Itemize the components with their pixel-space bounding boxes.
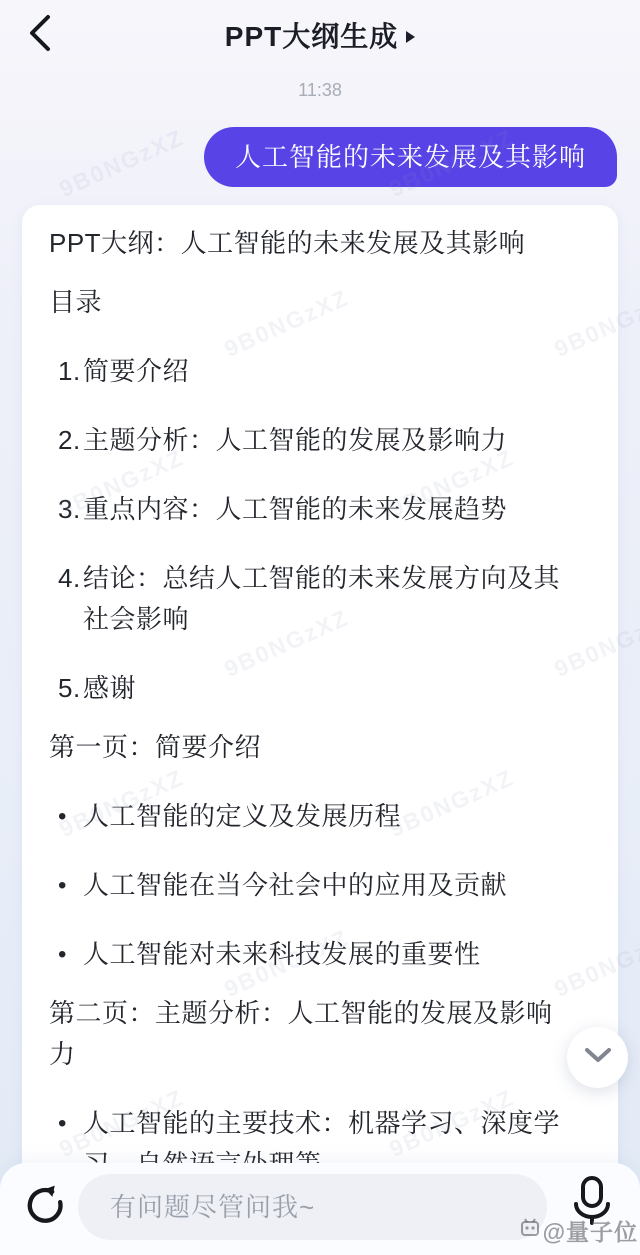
bullet-dot-icon: • (58, 934, 83, 975)
chat-screen: PPT大纲生成 11:38 人工智能的未来发展及其影响 PPT大纲：人工智能的未… (0, 0, 640, 1255)
page-title: PPT大纲生成 (225, 15, 398, 55)
microphone-icon (569, 1174, 615, 1233)
card-numbered-item: 4.结论：总结人工智能的未来发展方向及其 社会影响 (58, 558, 570, 640)
regenerate-button[interactable] (19, 1181, 71, 1233)
bullet-dot-icon: • (58, 865, 83, 906)
card-item-text: 简要介绍 (83, 351, 570, 392)
card-bullet-item: •人工智能对未来科技发展的重要性 (58, 934, 570, 975)
card-numbered-item: 5.感谢 (58, 668, 570, 709)
card-paragraph: 目录 (49, 282, 570, 323)
watermark-text: 9B0NGzXZ (55, 124, 188, 203)
scroll-to-bottom-button[interactable] (567, 1027, 628, 1088)
user-message-bubble: 人工智能的未来发展及其影响 (204, 127, 617, 187)
bullet-dot-icon: • (58, 796, 83, 837)
refresh-icon (22, 1182, 68, 1233)
message-input-pill[interactable] (78, 1174, 547, 1240)
card-item-text: 人工智能对未来科技发展的重要性 (83, 934, 570, 975)
card-numbered-item: 2.主题分析：人工智能的发展及影响力 (58, 420, 570, 461)
card-bullet-item: •人工智能的定义及发展历程 (58, 796, 570, 837)
card-item-text: 结论：总结人工智能的未来发展方向及其 社会影响 (83, 558, 570, 640)
card-paragraph: PPT大纲：人工智能的未来发展及其影响 (49, 223, 570, 264)
message-input[interactable] (108, 1191, 517, 1224)
item-number: 5. (58, 668, 83, 709)
card-item-text: 人工智能的定义及发展历程 (83, 796, 570, 837)
card-bullet-item: •人工智能在当今社会中的应用及贡献 (58, 865, 570, 906)
chevron-left-icon (26, 13, 52, 58)
card-paragraph: 第一页：简要介绍 (49, 727, 570, 768)
card-numbered-item: 1.简要介绍 (58, 351, 570, 392)
voice-input-button[interactable] (562, 1171, 622, 1235)
item-number: 2. (58, 420, 83, 461)
card-item-text: 主题分析：人工智能的发展及影响力 (83, 420, 570, 461)
item-number: 1. (58, 351, 83, 392)
item-number: 4. (58, 558, 83, 640)
assistant-card: PPT大纲：人工智能的未来发展及其影响目录1.简要介绍2.主题分析：人工智能的发… (22, 205, 618, 1255)
card-paragraph: 第二页：主题分析：人工智能的发展及影响 力 (49, 993, 570, 1075)
triangle-right-icon (406, 31, 415, 43)
card-item-text: 感谢 (83, 668, 570, 709)
chevron-down-icon (584, 1047, 612, 1068)
card-item-text: 重点内容：人工智能的未来发展趋势 (83, 489, 570, 530)
message-timestamp: 11:38 (0, 80, 640, 101)
card-numbered-item: 3.重点内容：人工智能的未来发展趋势 (58, 489, 570, 530)
input-bar (0, 1163, 640, 1255)
item-number: 3. (58, 489, 83, 530)
back-button[interactable] (18, 14, 60, 56)
title-dropdown[interactable]: PPT大纲生成 (225, 15, 415, 55)
header: PPT大纲生成 (0, 0, 640, 70)
card-item-text: 人工智能在当今社会中的应用及贡献 (83, 865, 570, 906)
